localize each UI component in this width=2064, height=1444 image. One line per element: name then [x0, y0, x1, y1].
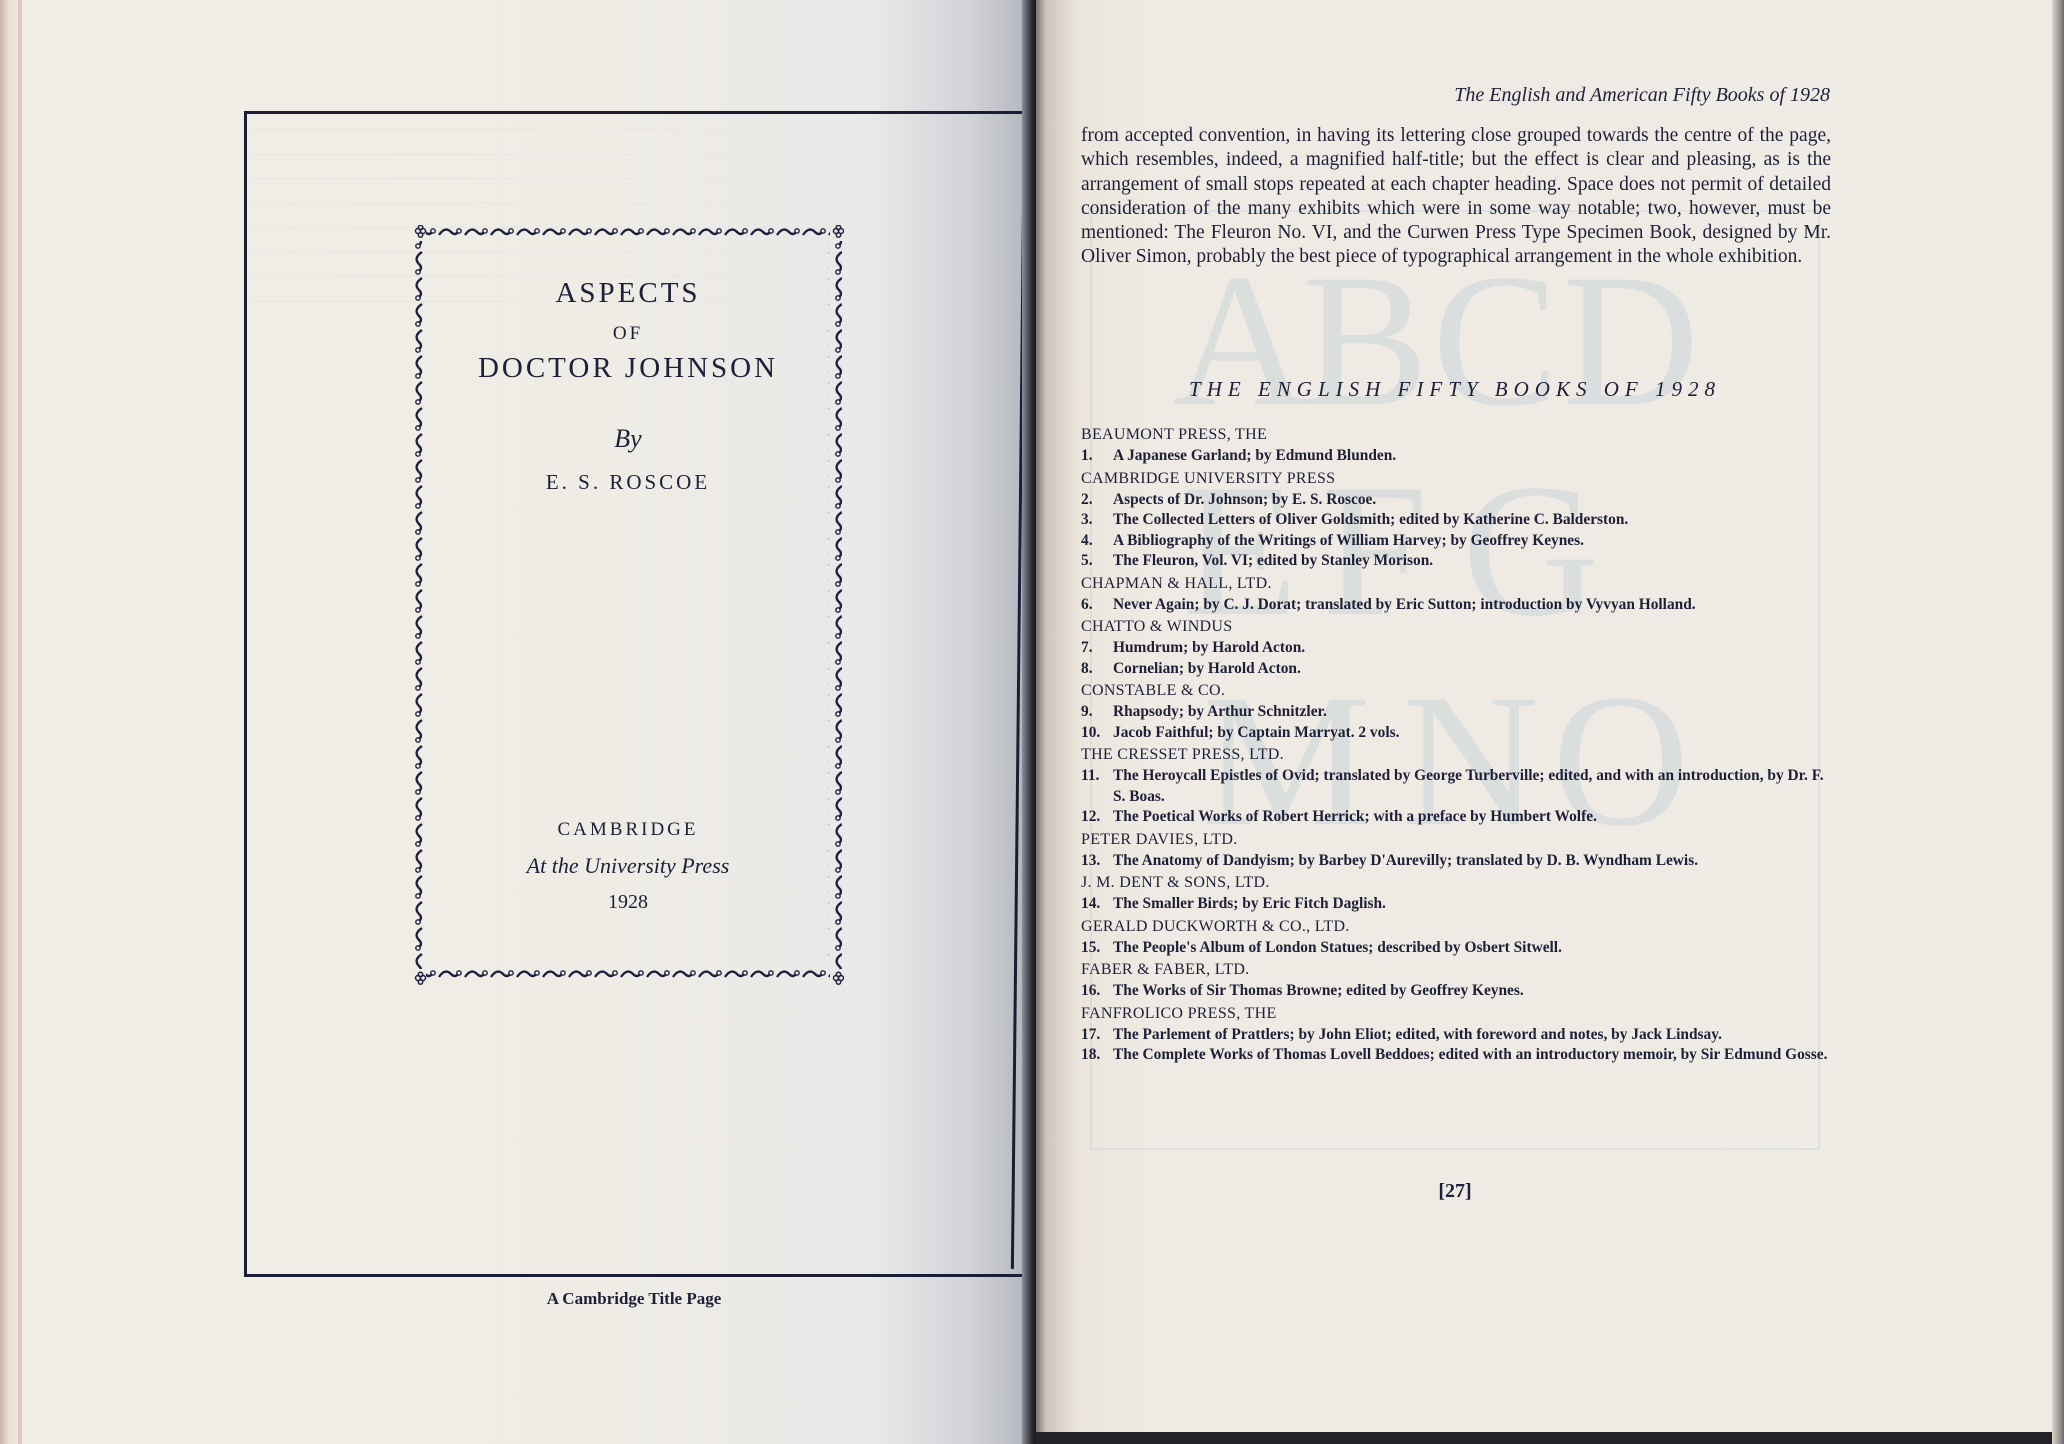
list-item: 11.The Heroycall Epistles of Ovid; trans… [1081, 766, 1833, 807]
list-item: 15.The People's Album of London Statues;… [1081, 938, 1833, 959]
publisher-group: J. M. DENT & SONS, LTD. 14.The Smaller B… [1081, 871, 1833, 915]
page-edge-right [2052, 0, 2064, 1444]
plate-publisher: At the University Press [412, 853, 844, 879]
publisher-name: CHAPMAN & HALL, LTD. [1081, 572, 1833, 595]
publisher-group: CHATTO & WINDUS 7.Humdrum; by Harold Act… [1081, 615, 1833, 679]
publisher-name: FANFROLICO PRESS, THE [1081, 1002, 1833, 1025]
plate-by: By [412, 424, 844, 454]
publisher-group: BEAUMONT PRESS, THE 1.A Japanese Garland… [1081, 423, 1833, 467]
item-number: 1. [1081, 446, 1113, 467]
list-item: 4.A Bibliography of the Writings of Will… [1081, 531, 1833, 552]
publisher-name: BEAUMONT PRESS, THE [1081, 423, 1833, 446]
item-text: Humdrum; by Harold Acton. [1113, 639, 1305, 656]
publisher-group: FANFROLICO PRESS, THE 17.The Parlement o… [1081, 1002, 1833, 1066]
item-text: Rhapsody; by Arthur Schnitzler. [1113, 703, 1327, 720]
item-text: The Poetical Works of Robert Herrick; wi… [1113, 808, 1597, 825]
item-number: 11. [1081, 766, 1113, 787]
list-item: 18.The Complete Works of Thomas Lovell B… [1081, 1045, 1833, 1066]
publisher-group: FABER & FABER, LTD. 16.The Works of Sir … [1081, 958, 1833, 1002]
item-text: The Works of Sir Thomas Browne; edited b… [1113, 982, 1524, 999]
item-text: The Anatomy of Dandyism; by Barbey D'Aur… [1113, 852, 1698, 869]
list-item: 3.The Collected Letters of Oliver Goldsm… [1081, 510, 1833, 531]
item-text: Never Again; by C. J. Dorat; translated … [1113, 596, 1696, 613]
item-text: Jacob Faithful; by Captain Marryat. 2 vo… [1113, 724, 1399, 741]
item-text: The People's Album of London Statues; de… [1113, 939, 1562, 956]
publisher-group: CAMBRIDGE UNIVERSITY PRESS 2.Aspects of … [1081, 467, 1833, 572]
item-number: 6. [1081, 595, 1113, 616]
list-item: 7.Humdrum; by Harold Acton. [1081, 638, 1833, 659]
list-item: 2.Aspects of Dr. Johnson; by E. S. Rosco… [1081, 490, 1833, 511]
book-list: BEAUMONT PRESS, THE 1.A Japanese Garland… [1081, 423, 1833, 1066]
publisher-group: CONSTABLE & CO. 9.Rhapsody; by Arthur Sc… [1081, 679, 1833, 743]
list-item: 17.The Parlement of Prattlers; by John E… [1081, 1025, 1833, 1046]
publisher-name: J. M. DENT & SONS, LTD. [1081, 871, 1833, 894]
plate-author: E. S. ROSCOE [412, 470, 844, 495]
list-item: 10.Jacob Faithful; by Captain Marryat. 2… [1081, 723, 1833, 744]
list-title: THE ENGLISH FIFTY BOOKS OF 1928 [1080, 377, 1830, 402]
item-number: 10. [1081, 723, 1113, 744]
list-item: 6.Never Again; by C. J. Dorat; translate… [1081, 595, 1833, 616]
publisher-name: PETER DAVIES, LTD. [1081, 828, 1833, 851]
item-text: The Parlement of Prattlers; by John Elio… [1113, 1026, 1722, 1043]
list-item: 1.A Japanese Garland; by Edmund Blunden. [1081, 446, 1833, 467]
publisher-group: CHAPMAN & HALL, LTD. 6.Never Again; by C… [1081, 572, 1833, 616]
item-text: The Heroycall Epistles of Ovid; translat… [1113, 767, 1824, 805]
item-text: Aspects of Dr. Johnson; by E. S. Roscoe. [1113, 491, 1376, 508]
item-text: The Fleuron, Vol. VI; edited by Stanley … [1113, 552, 1433, 569]
publisher-name: FABER & FABER, LTD. [1081, 958, 1833, 981]
publisher-name: GERALD DUCKWORTH & CO., LTD. [1081, 915, 1833, 938]
plate-title-line-1: ASPECTS [412, 277, 844, 310]
item-text: Cornelian; by Harold Acton. [1113, 660, 1301, 677]
list-item: 5.The Fleuron, Vol. VI; edited by Stanle… [1081, 551, 1833, 572]
list-item: 14.The Smaller Birds; by Eric Fitch Dagl… [1081, 894, 1833, 915]
item-text: A Bibliography of the Writings of Willia… [1113, 532, 1584, 549]
list-item: 8.Cornelian; by Harold Acton. [1081, 659, 1833, 680]
item-number: 17. [1081, 1025, 1113, 1046]
item-text: The Smaller Birds; by Eric Fitch Daglish… [1113, 895, 1386, 912]
publisher-group: GERALD DUCKWORTH & CO., LTD. 15.The Peop… [1081, 915, 1833, 959]
list-item: 13.The Anatomy of Dandyism; by Barbey D'… [1081, 851, 1833, 872]
item-number: 7. [1081, 638, 1113, 659]
item-number: 2. [1081, 490, 1113, 511]
item-number: 3. [1081, 510, 1113, 531]
book-spread: ────────────────────────────────────────… [0, 0, 2064, 1444]
item-number: 15. [1081, 938, 1113, 959]
item-number: 14. [1081, 894, 1113, 915]
item-number: 4. [1081, 531, 1113, 552]
title-page-plate: ASPECTS OF DOCTOR JOHNSON By E. S. ROSCO… [412, 225, 844, 985]
item-number: 12. [1081, 807, 1113, 828]
item-number: 9. [1081, 702, 1113, 723]
running-head: The English and American Fifty Books of … [1080, 84, 1830, 107]
plate-year: 1928 [412, 891, 844, 914]
list-item: 9.Rhapsody; by Arthur Schnitzler. [1081, 702, 1833, 723]
item-text: A Japanese Garland; by Edmund Blunden. [1113, 447, 1396, 464]
publisher-name: CHATTO & WINDUS [1081, 615, 1833, 638]
item-text: The Collected Letters of Oliver Goldsmit… [1113, 511, 1628, 528]
publisher-name: CONSTABLE & CO. [1081, 679, 1833, 702]
plate-caption: A Cambridge Title Page [244, 1289, 1024, 1309]
item-number: 5. [1081, 551, 1113, 572]
plate-title-line-3: DOCTOR JOHNSON [412, 352, 844, 385]
publisher-name: CAMBRIDGE UNIVERSITY PRESS [1081, 467, 1833, 490]
plate-title-line-2: OF [412, 323, 844, 345]
item-number: 18. [1081, 1045, 1113, 1066]
plate-place: CAMBRIDGE [412, 819, 844, 841]
page-number: [27] [1080, 1180, 1830, 1203]
item-number: 13. [1081, 851, 1113, 872]
publisher-name: THE CRESSET PRESS, LTD. [1081, 743, 1833, 766]
list-item: 16.The Works of Sir Thomas Browne; edite… [1081, 981, 1833, 1002]
item-number: 8. [1081, 659, 1113, 680]
intro-paragraph: from accepted convention, in having its … [1081, 124, 1831, 270]
item-text: The Complete Works of Thomas Lovell Bedd… [1113, 1046, 1827, 1063]
page-bottom-shadow [1036, 1432, 2064, 1444]
page-edge [18, 0, 22, 1444]
publisher-group: THE CRESSET PRESS, LTD. 11.The Heroycall… [1081, 743, 1833, 828]
item-number: 16. [1081, 981, 1113, 1002]
publisher-group: PETER DAVIES, LTD. 13.The Anatomy of Dan… [1081, 828, 1833, 872]
list-item: 12.The Poetical Works of Robert Herrick;… [1081, 807, 1833, 828]
